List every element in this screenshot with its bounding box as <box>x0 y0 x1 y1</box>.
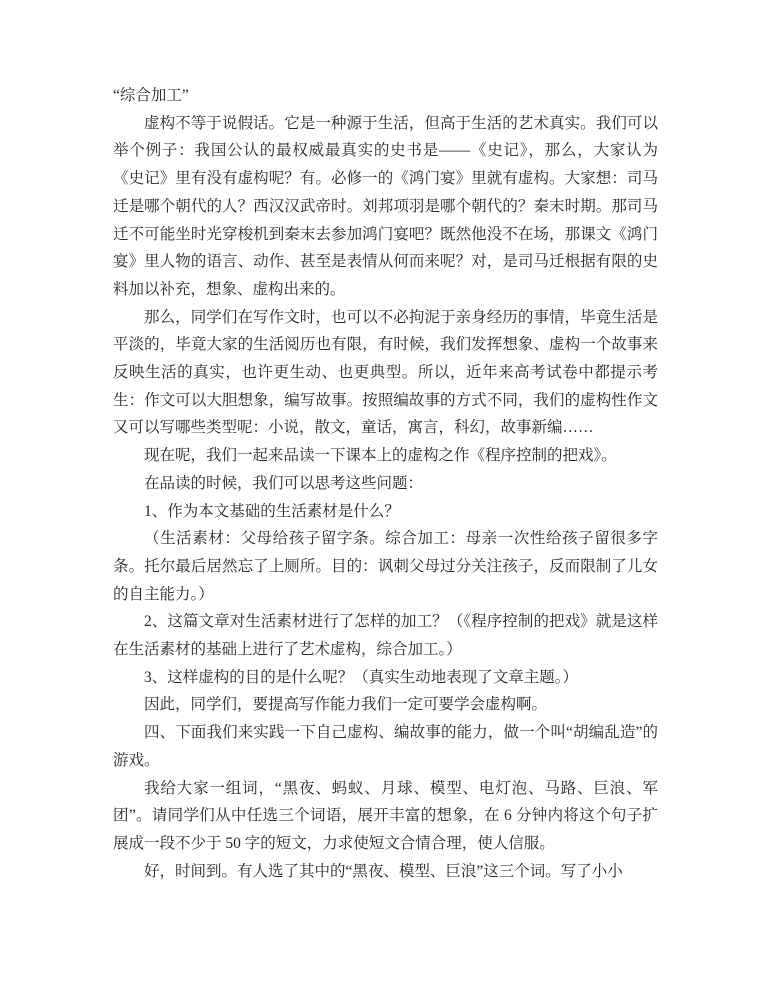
paragraph-0: “综合加工” <box>113 82 658 110</box>
paragraph-1: 虚构不等于说假话。它是一种源于生活，但高于生活的艺术真实。我们可以举个例子：我国… <box>113 110 658 304</box>
paragraph-4: 在品读的时候，我们可以思考这些问题： <box>113 470 658 498</box>
paragraph-7: 2、这篇文章对生活素材进行了怎样的加工？（《程序控制的把戏》就是这样在生活素材的… <box>113 608 658 663</box>
paragraph-5: 1、作为本文基础的生活素材是什么？ <box>113 498 658 526</box>
paragraph-8: 3、这样虚构的目的是什么呢？（真实生动地表现了文章主题。） <box>113 664 658 692</box>
document-page: “综合加工”虚构不等于说假话。它是一种源于生活，但高于生活的艺术真实。我们可以举… <box>113 82 658 885</box>
paragraph-10: 四、下面我们来实践一下自己虚构、编故事的能力，做一个叫“胡编乱造”的游戏。 <box>113 719 658 774</box>
document-body: “综合加工”虚构不等于说假话。它是一种源于生活，但高于生活的艺术真实。我们可以举… <box>113 82 658 885</box>
paragraph-11: 我给大家一组词，“黑夜、蚂蚁、月球、模型、电灯泡、马路、巨浪、军团”。请同学们从… <box>113 775 658 858</box>
paragraph-6: （生活素材：父母给孩子留字条。综合加工：母亲一次性给孩子留很多字条。托尔最后居然… <box>113 525 658 608</box>
paragraph-3: 现在呢，我们一起来品读一下课本上的虚构之作《程序控制的把戏》。 <box>113 442 658 470</box>
paragraph-2: 那么，同学们在写作文时，也可以不必拘泥于亲身经历的事情，毕竟生活是平淡的，毕竟大… <box>113 304 658 443</box>
paragraph-12: 好，时间到。有人选了其中的“黑夜、模型、巨浪”这三个词。写了小小 <box>113 858 658 886</box>
paragraph-9: 因此，同学们，要提高写作能力我们一定可要学会虚构啊。 <box>113 691 658 719</box>
